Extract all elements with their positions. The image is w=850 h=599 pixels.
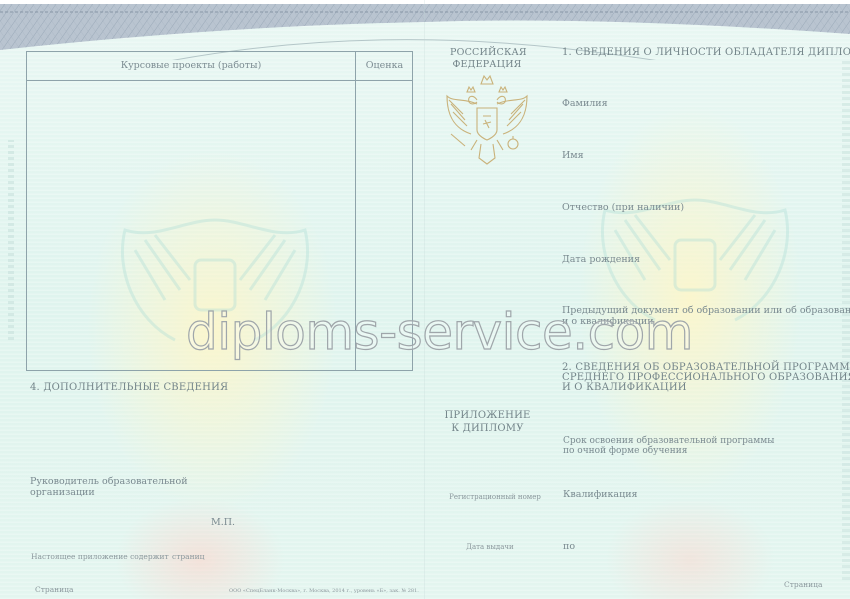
birthdate-label: Дата рождения xyxy=(562,254,640,265)
coat-of-arms-icon xyxy=(443,74,531,166)
section-1-title: 1. СВЕДЕНИЯ О ЛИЧНОСТИ ОБЛАДАТЕЛЯ ДИПЛОМ… xyxy=(562,47,850,58)
section-2-title-line3: И О КВАЛИФИКАЦИИ xyxy=(562,382,687,393)
qualification-label: Квалификация xyxy=(563,489,638,500)
page-label-left: Страница xyxy=(35,585,73,594)
study-duration-label-line2: по очной форме обучения xyxy=(563,446,687,456)
page-edge xyxy=(0,0,850,4)
pages-count-suffix: страниц xyxy=(172,552,204,561)
page-label-right: Страница xyxy=(784,580,822,589)
stamp-place-label: М.П. xyxy=(211,517,235,528)
appendix-title-line2: К ДИПЛОМУ xyxy=(440,423,535,434)
watermark-text: diploms-service.com xyxy=(186,303,693,361)
issue-date-label: Дата выдачи xyxy=(440,543,540,551)
pages-count-prefix: Настоящее приложение содержит xyxy=(31,552,169,561)
country-name-line2: ФЕДЕРАЦИЯ xyxy=(450,59,524,70)
surname-label: Фамилия xyxy=(562,98,608,109)
header-course-projects: Курсовые проекты (работы) xyxy=(27,60,355,71)
appendix-title-line1: ПРИЛОЖЕНИЕ xyxy=(440,410,535,421)
head-of-organization-label-line2: организации xyxy=(30,487,95,498)
country-name-line1: РОССИЙСКАЯ xyxy=(450,47,524,58)
registration-number-label: Регистрационный номер xyxy=(440,493,550,501)
head-of-organization-label-line1: Руководитель образовательной xyxy=(30,476,188,487)
study-duration-label-line1: Срок освоения образовательной программы xyxy=(563,436,774,446)
printer-imprint: ООО «СпецБланк-Москва», г. Москва, 2014 … xyxy=(229,588,419,594)
header-grade: Оценка xyxy=(356,60,413,71)
page-fold xyxy=(424,0,425,599)
first-name-label: Имя xyxy=(562,150,584,161)
section-4-title: 4. ДОПОЛНИТЕЛЬНЫЕ СВЕДЕНИЯ xyxy=(30,382,228,393)
microtext-strip-left xyxy=(8,140,14,340)
specialty-prefix-label: по xyxy=(563,541,575,552)
patronymic-label: Отчество (при наличии) xyxy=(562,202,684,213)
microtext-strip-right xyxy=(842,60,850,580)
